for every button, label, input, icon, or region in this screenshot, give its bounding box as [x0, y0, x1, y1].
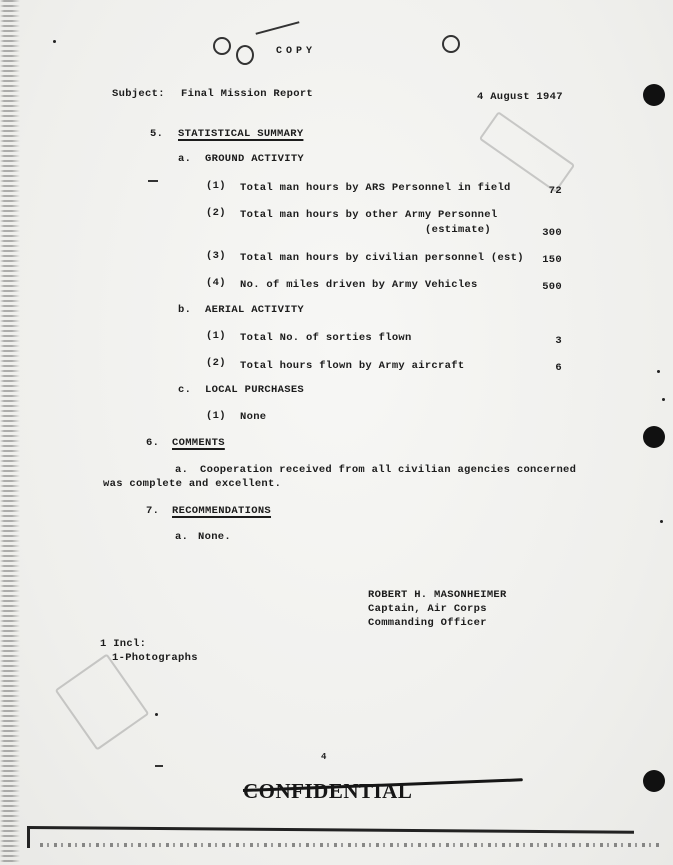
bottom-scan-noise — [40, 843, 660, 847]
subsection-b-letter: b. — [178, 304, 191, 316]
ring-mark-left-2 — [236, 45, 254, 65]
report-date: 4 August 1947 — [477, 91, 563, 103]
ground-item-2-text: Total man hours by other Army Personnel — [240, 209, 497, 221]
scan-speck — [53, 40, 56, 43]
section-6-title: COMMENTS — [172, 437, 225, 449]
ground-item-3-text: Total man hours by civilian personnel (e… — [240, 252, 524, 264]
ring-mark-left-1 — [213, 37, 231, 55]
comments-para-line1: Cooperation received from all civilian a… — [200, 464, 576, 476]
bottom-border-line — [27, 826, 634, 834]
margin-dash — [155, 765, 163, 767]
subsection-b-title: AERIAL ACTIVITY — [205, 304, 304, 316]
enclosure-item: 1-Photographs — [112, 652, 198, 664]
aerial-item-1-value: 3 — [522, 335, 562, 347]
scan-edge-artifact — [0, 0, 22, 865]
ring-mark-right — [442, 35, 460, 53]
scan-speck — [662, 398, 665, 401]
recommendations-para-line1: None. — [198, 531, 231, 543]
subsection-c-title: LOCAL PURCHASES — [205, 384, 304, 396]
punch-hole-top — [643, 84, 665, 106]
signature-title: Commanding Officer — [368, 617, 487, 629]
punch-hole-middle — [643, 426, 665, 448]
ground-item-3-value: 150 — [522, 254, 562, 266]
signature-name: ROBERT H. MASONHEIMER — [368, 589, 507, 601]
ground-item-3-num: (3) — [206, 250, 226, 262]
ground-item-4-value: 500 — [522, 281, 562, 293]
subject-text: Final Mission Report — [181, 88, 313, 100]
enclosure-count: 1 Incl: — [100, 638, 146, 650]
aerial-item-2-num: (2) — [206, 357, 226, 369]
section-5-number: 5. — [150, 128, 163, 140]
subsection-a-title: GROUND ACTIVITY — [205, 153, 304, 165]
subsection-a-letter: a. — [178, 153, 191, 165]
ground-item-1-text: Total man hours by ARS Personnel in fiel… — [240, 182, 511, 194]
section-5-title: STATISTICAL SUMMARY — [178, 128, 303, 140]
subject-label: Subject: — [112, 88, 165, 100]
punch-hole-bottom — [643, 770, 665, 792]
signature-rank: Captain, Air Corps — [368, 603, 487, 615]
page-number: 4 — [321, 752, 327, 762]
aerial-item-1-num: (1) — [206, 330, 226, 342]
ground-item-2-text2: (estimate) — [425, 224, 491, 236]
subsection-c-letter: c. — [178, 384, 191, 396]
scan-speck — [155, 713, 158, 716]
bottom-border-tick — [27, 826, 30, 848]
aerial-item-2-text: Total hours flown by Army aircraft — [240, 360, 464, 372]
faded-stamp-bottom — [55, 653, 150, 750]
faded-stamp-top — [479, 111, 576, 193]
aerial-item-2-value: 6 — [522, 362, 562, 374]
section-7-number: 7. — [146, 505, 159, 517]
section-6-number: 6. — [146, 437, 159, 449]
ground-item-4-text: No. of miles driven by Army Vehicles — [240, 279, 478, 291]
aerial-item-1-text: Total No. of sorties flown — [240, 332, 412, 344]
purchases-item-1-text: None — [240, 411, 266, 423]
ground-item-4-num: (4) — [206, 277, 226, 289]
section-7-title: RECOMMENDATIONS — [172, 505, 271, 517]
ground-item-1-value: 72 — [522, 185, 562, 197]
ground-item-1-num: (1) — [206, 180, 226, 192]
margin-dash — [148, 180, 158, 182]
scan-speck — [657, 370, 660, 373]
ground-item-2-num: (2) — [206, 207, 226, 219]
top-smudge — [256, 21, 300, 35]
copy-label: COPY — [276, 46, 316, 57]
ground-item-2-value: 300 — [522, 227, 562, 239]
scan-speck — [660, 520, 663, 523]
comments-para-line2: was complete and excellent. — [103, 478, 281, 490]
purchases-item-1-num: (1) — [206, 410, 226, 422]
comments-para-letter: a. — [175, 464, 188, 476]
recommendations-para-letter: a. — [175, 531, 188, 543]
document-page: COPY Subject: Final Mission Report 4 Aug… — [0, 0, 673, 865]
